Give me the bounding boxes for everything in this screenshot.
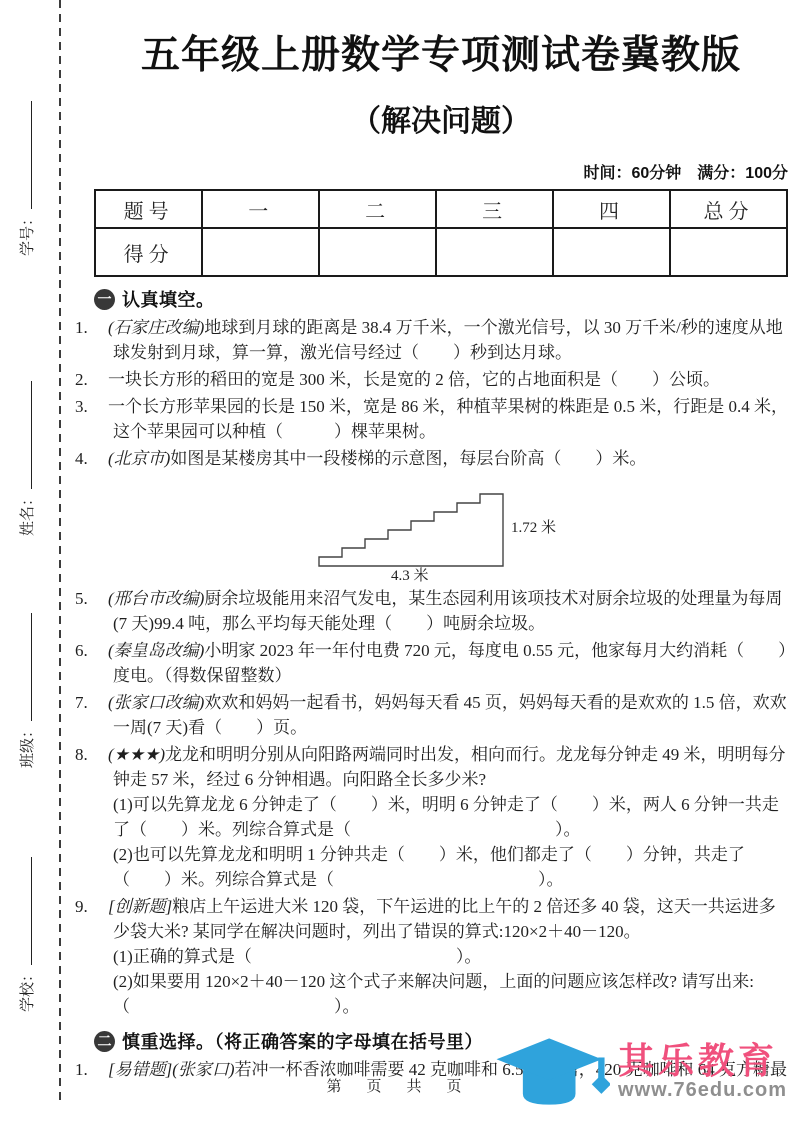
question-1: 1.(石家庄改编)地球到月球的距离是 38.4 万千米，一个激光信号，以 30 … — [94, 315, 788, 365]
staircase-diagram: 1.72 米 4.3 米 — [313, 474, 603, 582]
question-9-part-1: (1)正确的算式是（ ）。 — [113, 944, 788, 969]
question-text: 地球到月球的距离是 38.4 万千米，一个激光信号，以 30 万千米/秒的速度从… — [113, 318, 783, 362]
figure-width-label: 4.3 米 — [391, 567, 429, 582]
question-4: 4.(北京市)如图是某楼房其中一段楼梯的示意图，每层台阶高（ ）米。 1.72 … — [94, 446, 788, 582]
question-number: 6. — [94, 638, 108, 663]
question-source-tag: (石家庄改编) — [108, 318, 204, 337]
main-content: 五年级上册数学专项测试卷冀教版 （解决问题） 时间：60分钟 满分：100分 题… — [94, 24, 788, 1082]
paper-title: 五年级上册数学专项测试卷冀教版 — [94, 24, 788, 80]
question-8: 8.(★★★)龙龙和明明分别从向阳路两端同时出发，相向而行。龙龙每分钟走 49 … — [94, 742, 788, 892]
question-number: 7. — [94, 690, 108, 715]
question-text: 欢欢和妈妈一起看书，妈妈每天看 45 页，妈妈每天看的是欢欢的 1.5 倍，欢欢… — [113, 693, 787, 737]
question-text: 龙龙和明明分别从向阳路两端同时出发，相向而行。龙龙每分钟走 49 米，明明每分钟… — [113, 745, 786, 789]
score-cell — [553, 228, 670, 276]
student-id-blank-line — [17, 101, 32, 209]
score-table-score-row: 得分 — [95, 228, 787, 276]
question-number: 8. — [94, 742, 108, 767]
score-table: 题号 一 二 三 四 总分 得分 — [94, 189, 788, 277]
question-number: 3. — [94, 394, 108, 419]
score-table-header-row: 题号 一 二 三 四 总分 — [95, 190, 787, 228]
score-header-cell: 总分 — [670, 190, 787, 228]
question-text: 一块长方形的稻田的宽是 300 米，长是宽的 2 倍，它的占地面积是（ ）公顷。 — [108, 370, 720, 389]
logo-text-block: 其乐教育 www.76edu.com — [618, 1042, 787, 1103]
logo-website-url: www.76edu.com — [618, 1079, 787, 1102]
question-text: 厨余垃圾能用来沼气发电，某生态园利用该项技术对厨余垃圾的处理量为每周(7 天)9… — [113, 589, 782, 633]
question-number: 4. — [94, 446, 108, 471]
question-number: 2. — [94, 367, 108, 392]
publisher-logo: 其乐教育 www.76edu.com — [492, 1030, 787, 1114]
seal-dashed-line — [59, 0, 61, 1104]
score-cell — [319, 228, 436, 276]
score-header-cell: 四 — [553, 190, 670, 228]
class-blank-line — [17, 613, 32, 721]
question-number: 1. — [94, 315, 108, 340]
graduation-cap-icon — [492, 1030, 610, 1114]
section-1-header: 一 认真填空。 — [94, 286, 788, 312]
question-9-part-2: (2)如果要用 120×2＋40－120 这个式子来解决问题，上面的问题应该怎样… — [113, 969, 788, 1019]
paper-subtitle: （解决问题） — [94, 96, 788, 140]
question-6: 6.(秦皇岛改编)小明家 2023 年一年付电费 720 元，每度电 0.55 … — [94, 638, 788, 688]
score-header-cell: 三 — [436, 190, 553, 228]
question-source-tag: (邢台市改编) — [108, 589, 204, 608]
school-blank-line — [17, 857, 32, 965]
section-1-title: 认真填空。 — [122, 286, 215, 312]
logo-brand-name: 其乐教育 — [618, 1042, 787, 1080]
question-number: 9. — [94, 894, 108, 919]
question-5: 5.(邢台市改编)厨余垃圾能用来沼气发电，某生态园利用该项技术对厨余垃圾的处理量… — [94, 586, 788, 636]
class-field: 班级： — [16, 600, 40, 768]
student-id-field: 学号： — [16, 88, 40, 256]
question-8-part-1: (1)可以先算龙龙 6 分钟走了（ ）米，明明 6 分钟走了（ ）米，两人 6 … — [113, 792, 788, 842]
question-text: 小明家 2023 年一年付电费 720 元，每度电 0.55 元，他家每月大约消… — [113, 641, 787, 685]
question-text: 一个长方形苹果园的长是 150 米，宽是 86 米，种植苹果树的株距是 0.5 … — [108, 397, 788, 441]
section-2-title: 慎重选择。（将正确答案的字母填在括号里） — [122, 1028, 483, 1054]
school-label: 学校： — [20, 967, 36, 1012]
student-name-blank-line — [17, 381, 32, 489]
student-name-label: 姓名： — [20, 491, 36, 536]
school-field: 学校： — [16, 844, 40, 1012]
score-header-cell: 一 — [202, 190, 319, 228]
question-source-tag: (张家口改编) — [108, 693, 204, 712]
question-text: 粮店上午运进大米 120 袋，下午运进的比上午的 2 倍还多 40 袋，这天一共… — [113, 897, 776, 941]
score-header-cell: 题号 — [95, 190, 202, 228]
question-3: 3.一个长方形苹果园的长是 150 米，宽是 86 米，种植苹果树的株距是 0.… — [94, 394, 788, 444]
question-7: 7.(张家口改编)欢欢和妈妈一起看书，妈妈每天看 45 页，妈妈每天看的是欢欢的… — [94, 690, 788, 740]
section-2-number-icon: 二 — [94, 1031, 115, 1052]
score-cell — [436, 228, 553, 276]
section-1-number-icon: 一 — [94, 289, 115, 310]
student-name-field: 姓名： — [16, 368, 40, 536]
question-9: 9.[创新题]粮店上午运进大米 120 袋，下午运进的比上午的 2 倍还多 40… — [94, 894, 788, 1019]
student-id-label: 学号： — [20, 211, 36, 256]
score-cell — [670, 228, 787, 276]
score-row-label: 得分 — [95, 228, 202, 276]
question-source-tag: (北京市) — [108, 449, 170, 468]
score-cell — [202, 228, 319, 276]
question-text: 如图是某楼房其中一段楼梯的示意图，每层台阶高（ ）米。 — [170, 449, 646, 468]
exam-paper-page: 学号： 姓名： 班级： 学校： 五年级上册数学专项测试卷冀教版 （解决问题） 时… — [0, 0, 793, 1122]
figure-height-label: 1.72 米 — [511, 519, 556, 536]
question-difficulty-stars: (★★★) — [108, 745, 165, 764]
class-label: 班级： — [20, 723, 36, 768]
time-and-score-info: 时间：60分钟 满分：100分 — [94, 160, 788, 183]
question-8-part-2: (2)也可以先算龙龙和明明 1 分钟共走（ ）米，他们都走了（ ）分钟，共走了（… — [113, 842, 788, 892]
staircase-figure: 1.72 米 4.3 米 — [313, 474, 788, 582]
score-header-cell: 二 — [319, 190, 436, 228]
question-2: 2.一块长方形的稻田的宽是 300 米，长是宽的 2 倍，它的占地面积是（ ）公… — [94, 367, 788, 392]
question-number: 5. — [94, 586, 108, 611]
question-source-tag: (秦皇岛改编) — [108, 641, 204, 660]
staircase-outline — [319, 494, 503, 566]
question-source-tag: [创新题] — [108, 897, 172, 916]
